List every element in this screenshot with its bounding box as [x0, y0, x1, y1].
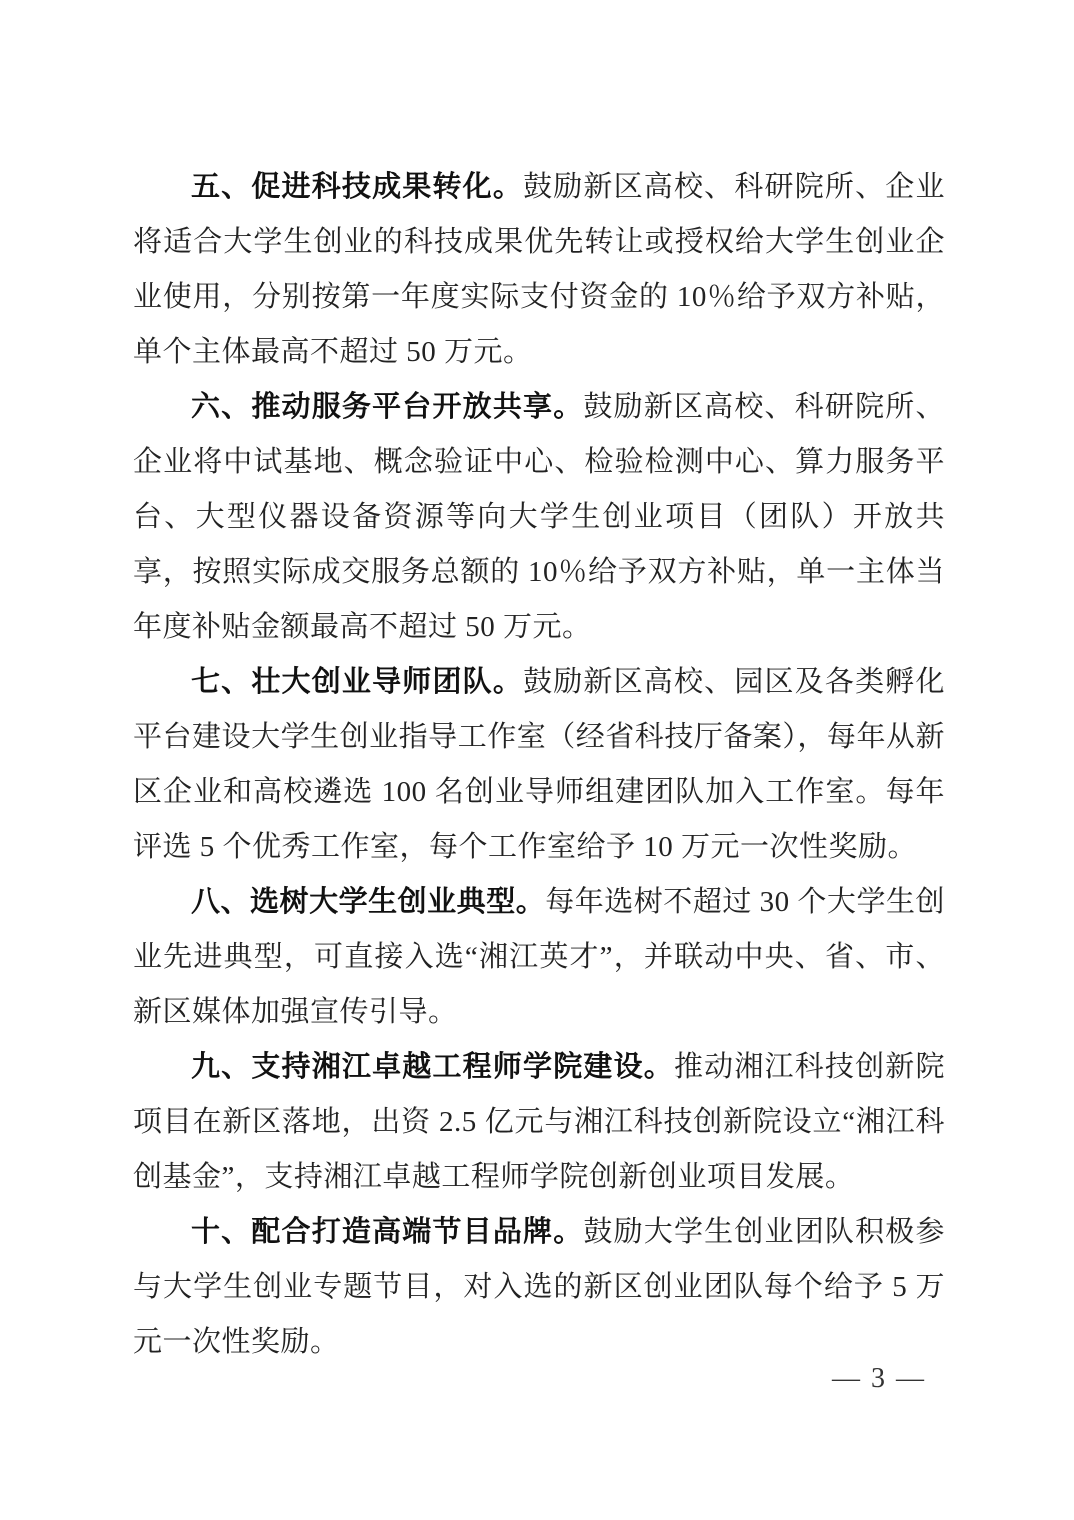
paragraph-item-9: 九、支持湘江卓越工程师学院建设。推动湘江科技创新院项目在新区落地，出资 2.5 …	[133, 1040, 945, 1205]
paragraph-heading: 六、推动服务平台开放共享。	[191, 391, 583, 423]
document-page: 五、促进科技成果转化。鼓励新区高校、科研院所、企业将适合大学生创业的科技成果优先…	[0, 0, 1074, 1520]
paragraph-item-10: 十、配合打造高端节目品牌。鼓励大学生创业团队积极参与大学生创业专题节目，对入选的…	[133, 1205, 945, 1370]
paragraph-item-6: 六、推动服务平台开放共享。鼓励新区高校、科研院所、企业将中试基地、概念验证中心、…	[133, 380, 945, 655]
paragraph-body: 鼓励新区高校、科研院所、企业将中试基地、概念验证中心、检验检测中心、算力服务平台…	[133, 391, 945, 643]
paragraph-heading: 十、配合打造高端节目品牌。	[191, 1216, 583, 1248]
page-number: — 3 —	[832, 1362, 926, 1396]
paragraph-item-7: 七、壮大创业导师团队。鼓励新区高校、园区及各类孵化平台建设大学生创业指导工作室（…	[133, 655, 945, 875]
paragraph-heading: 八、选树大学生创业典型。	[191, 886, 545, 918]
paragraph-heading: 九、支持湘江卓越工程师学院建设。	[191, 1051, 674, 1083]
paragraph-heading: 七、壮大创业导师团队。	[191, 666, 523, 698]
paragraph-heading: 五、促进科技成果转化。	[191, 171, 523, 203]
document-content: 五、促进科技成果转化。鼓励新区高校、科研院所、企业将适合大学生创业的科技成果优先…	[133, 160, 945, 1370]
paragraph-item-8: 八、选树大学生创业典型。每年选树不超过 30 个大学生创业先进典型，可直接入选“…	[133, 875, 945, 1040]
paragraph-item-5: 五、促进科技成果转化。鼓励新区高校、科研院所、企业将适合大学生创业的科技成果优先…	[133, 160, 945, 380]
